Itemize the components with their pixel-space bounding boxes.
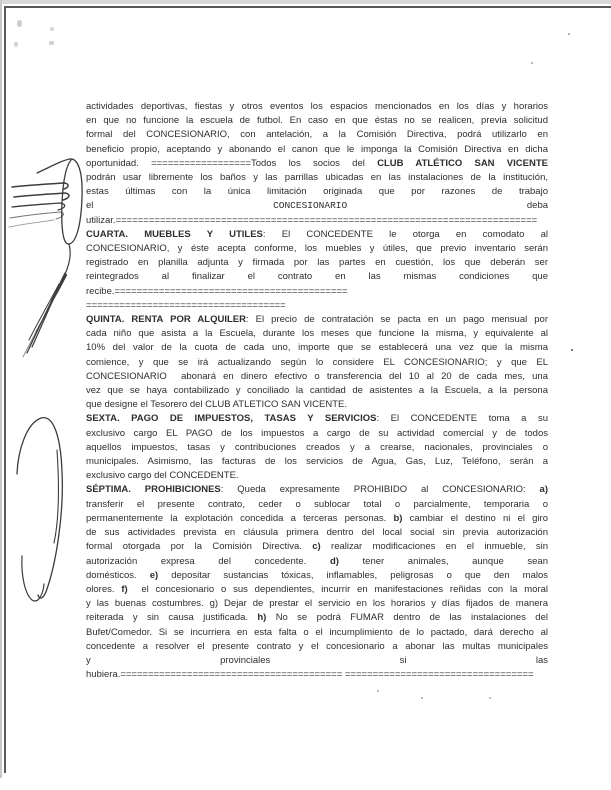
text-line: concedente a resolver el presente contra… <box>86 640 548 654</box>
clause-cuarta: CUARTA. MUEBLES Y UTILES: El CONCEDENTE … <box>86 228 548 313</box>
scan-smudge <box>49 41 54 45</box>
body-text: CONCESIONARIO abonará en dinero efectivo… <box>86 371 548 382</box>
body-text <box>91 655 220 666</box>
body-text: tener animales, aunque sean <box>339 556 548 567</box>
body-text: vez que se haya contabilizado y concilia… <box>86 385 548 396</box>
text-line: 10% del valor de la cuota de cada uno, i… <box>86 341 548 355</box>
body-text: de sus actividades prevista en cláusula … <box>86 527 548 538</box>
text-line: de sus actividades prevista en cláusula … <box>86 526 548 540</box>
body-text: depositar sustancias tóxicas, inflamable… <box>158 570 548 581</box>
body-text: si <box>400 655 407 666</box>
clause-sexta: SEXTA. PAGO DE IMPUESTOS, TASAS Y SERVIC… <box>86 412 548 483</box>
body-text: transferir el presente contrato, ceder o… <box>86 499 548 510</box>
body-text: cada niño que asista a la Escuela, duran… <box>86 328 548 339</box>
scan-edge-top-light <box>0 0 611 4</box>
body-text: Bufet/Comedor. Si se incurriera en esta … <box>86 627 548 638</box>
text-line: el CONCESIONARIO deba <box>86 199 548 213</box>
bold-text: h) <box>257 612 266 623</box>
text-line: reintegrados al finalizar el contrato en… <box>86 270 548 284</box>
body-text <box>347 200 527 211</box>
body-text: podrán usar libremente los baños y las p… <box>86 172 548 183</box>
text-line: exclusivo cargo del CONCEDENTE. <box>86 469 548 483</box>
text-line: CONCESIONARIO abonará en dinero efectivo… <box>86 370 548 384</box>
bold-text: d) <box>330 556 339 567</box>
scanned-contract-page: actividades deportivas, fiestas y otros … <box>0 0 611 790</box>
scan-smudge <box>50 27 54 31</box>
scan-speck <box>571 349 573 351</box>
text-line: reiterada y sin causa justificada. h) No… <box>86 611 548 625</box>
body-text: provinciales <box>220 655 270 666</box>
text-line: municipales. Asimismo, las facturas de l… <box>86 455 548 469</box>
body-text <box>407 655 536 666</box>
text-line: y las buenas costumbres. g) Dejar de pre… <box>86 597 548 611</box>
text-line: SEXTA. PAGO DE IMPUESTOS, TASAS Y SERVIC… <box>86 412 548 426</box>
body-text: olores. <box>86 584 121 595</box>
clause-septima: SÉPTIMA. PROHIBICIONES: Queda expresamen… <box>86 483 548 682</box>
body-text: cambiar el destino ni el giro <box>402 513 548 524</box>
scan-edge-left-light <box>0 0 2 778</box>
typewriter-text: CONCESIONARIO <box>273 200 347 211</box>
bold-text: a) <box>540 484 548 495</box>
body-text: : El CONCEDENTE toma a su <box>377 413 549 424</box>
scan-speck <box>568 33 570 35</box>
text-line: QUINTA. RENTA POR ALQUILER: El precio de… <box>86 313 548 327</box>
body-text: en que no funcione la escuela de futbol.… <box>86 115 548 126</box>
body-text <box>93 200 273 211</box>
text-line: beneficio propio, aceptando y abonando e… <box>86 143 548 157</box>
body-text: concedente a resolver el presente contra… <box>86 641 548 652</box>
scan-speck <box>377 690 379 692</box>
text-line: permanentemente la explotación concedida… <box>86 512 548 526</box>
scan-speck <box>531 62 533 64</box>
text-line: estas últimas con la única limitación or… <box>86 185 548 199</box>
scan-smudge <box>14 42 18 47</box>
pen-scribble-loop <box>17 418 62 601</box>
scan-edge-top-dark <box>4 6 611 8</box>
body-text: reintegrados al finalizar el contrato en… <box>86 271 548 282</box>
body-text: registrado en planilla adjunta y firmada… <box>86 257 548 268</box>
text-line: formal otorgada por la Comisión Directiv… <box>86 540 548 554</box>
body-text: : El precio de contratación se pacta en … <box>246 314 548 325</box>
body-text <box>270 655 399 666</box>
body-text: deba <box>527 200 548 211</box>
body-text: recibe.=================================… <box>86 286 348 311</box>
pen-scribble-hatch <box>23 273 66 357</box>
bold-text: CLUB ATLÉTICO SAN VICENTE <box>377 158 548 169</box>
scan-smudge <box>17 20 22 27</box>
bold-text: SEXTA. PAGO DE IMPUESTOS, TASAS Y SERVIC… <box>86 413 377 424</box>
scan-speck <box>489 697 491 699</box>
scan-speck <box>421 697 423 699</box>
body-text: utilizar.===============================… <box>86 215 537 226</box>
text-line: oportunidad. ==================Todos los… <box>86 157 548 171</box>
body-text: exclusivo cargo EL PAGO de los impuestos… <box>86 428 548 439</box>
document-body: actividades deportivas, fiestas y otros … <box>86 100 548 682</box>
text-line: podrán usar libremente los baños y las p… <box>86 171 548 185</box>
text-line: en que no funcione la escuela de futbol.… <box>86 114 548 128</box>
body-text: estas últimas con la única limitación or… <box>86 186 548 197</box>
body-text: comience, y que se irá actualizando segú… <box>86 357 548 368</box>
body-text: formal otorgada por la Comisión Directiv… <box>86 541 312 552</box>
scan-edge-left-dark <box>4 7 6 773</box>
body-text: el concesionario o sus dependientes, inc… <box>128 584 548 595</box>
body-text: hubiera.================================… <box>86 669 534 680</box>
body-text: 10% del valor de la cuota de cada uno, i… <box>86 342 548 353</box>
text-line: recibe.=================================… <box>86 285 548 313</box>
text-line: Bufet/Comedor. Si se incurriera en esta … <box>86 626 548 640</box>
text-line: exclusivo cargo EL PAGO de los impuestos… <box>86 427 548 441</box>
body-text: : Queda expresamente PROHIBIDO al CONCES… <box>221 484 540 495</box>
text-line: hubiera.================================… <box>86 668 548 682</box>
body-text: : El CONCEDENTE le otorga en comodato al <box>263 229 548 240</box>
text-line: comience, y que se irá actualizando segú… <box>86 356 548 370</box>
text-line: aquellos impuestos, tasas y contribucion… <box>86 441 548 455</box>
text-line: CONCESIONARIO, y éste acepta conforme, l… <box>86 242 548 256</box>
bold-text: CUARTA. MUEBLES Y UTILES <box>86 229 263 240</box>
body-text: No se podrá FUMAR dentro de las instalac… <box>266 612 548 623</box>
text-line: actividades deportivas, fiestas y otros … <box>86 100 548 114</box>
body-text: actividades deportivas, fiestas y otros … <box>86 101 548 112</box>
body-text: las <box>536 655 548 666</box>
body-text: autorización expresa del concedente. <box>86 556 330 567</box>
text-line: y provinciales si las <box>86 654 548 668</box>
bold-text: SÉPTIMA. PROHIBICIONES <box>86 484 221 495</box>
body-text: formal del CONCESIONARIO, con antelación… <box>86 129 548 140</box>
body-text: beneficio propio, aceptando y abonando e… <box>86 144 548 155</box>
body-text: CONCESIONARIO, y éste acepta conforme, l… <box>86 243 548 254</box>
text-line: transferir el presente contrato, ceder o… <box>86 498 548 512</box>
text-line: vez que se haya contabilizado y concilia… <box>86 384 548 398</box>
body-text: oportunidad. ==================Todos los… <box>86 158 377 169</box>
body-text: municipales. Asimismo, las facturas de l… <box>86 456 548 467</box>
scan-speck <box>466 589 468 591</box>
bold-text: QUINTA. RENTA POR ALQUILER <box>86 314 246 325</box>
pen-scribble-hand <box>9 159 82 279</box>
text-line: cada niño que asista a la Escuela, duran… <box>86 327 548 341</box>
clause-quinta: QUINTA. RENTA POR ALQUILER: El precio de… <box>86 313 548 412</box>
clause-intro: actividades deportivas, fiestas y otros … <box>86 100 548 228</box>
text-line: formal del CONCESIONARIO, con antelación… <box>86 128 548 142</box>
text-line: que designe el Tesorero del CLUB ATLETIC… <box>86 398 548 412</box>
text-line: domésticos. e) depositar sustancias tóxi… <box>86 569 548 583</box>
body-text: reiterada y sin causa justificada. <box>86 612 257 623</box>
body-text: realizar modificaciones en el inmueble, … <box>321 541 548 552</box>
bold-text: e) <box>150 570 158 581</box>
body-text: aquellos impuestos, tasas y contribucion… <box>86 442 548 453</box>
body-text: exclusivo cargo del CONCEDENTE. <box>86 470 239 481</box>
text-line: registrado en planilla adjunta y firmada… <box>86 256 548 270</box>
text-line: utilizar.===============================… <box>86 214 548 228</box>
text-line: SÉPTIMA. PROHIBICIONES: Queda expresamen… <box>86 483 548 497</box>
bold-text: c) <box>312 541 320 552</box>
body-text: permanentemente la explotación concedida… <box>86 513 393 524</box>
text-line: CUARTA. MUEBLES Y UTILES: El CONCEDENTE … <box>86 228 548 242</box>
body-text: domésticos. <box>86 570 150 581</box>
body-text: que designe el Tesorero del CLUB ATLETIC… <box>86 399 347 410</box>
text-line: olores. f) el concesionario o sus depend… <box>86 583 548 597</box>
body-text: y las buenas costumbres. g) Dejar de pre… <box>86 598 548 609</box>
text-line: autorización expresa del concedente. d) … <box>86 555 548 569</box>
